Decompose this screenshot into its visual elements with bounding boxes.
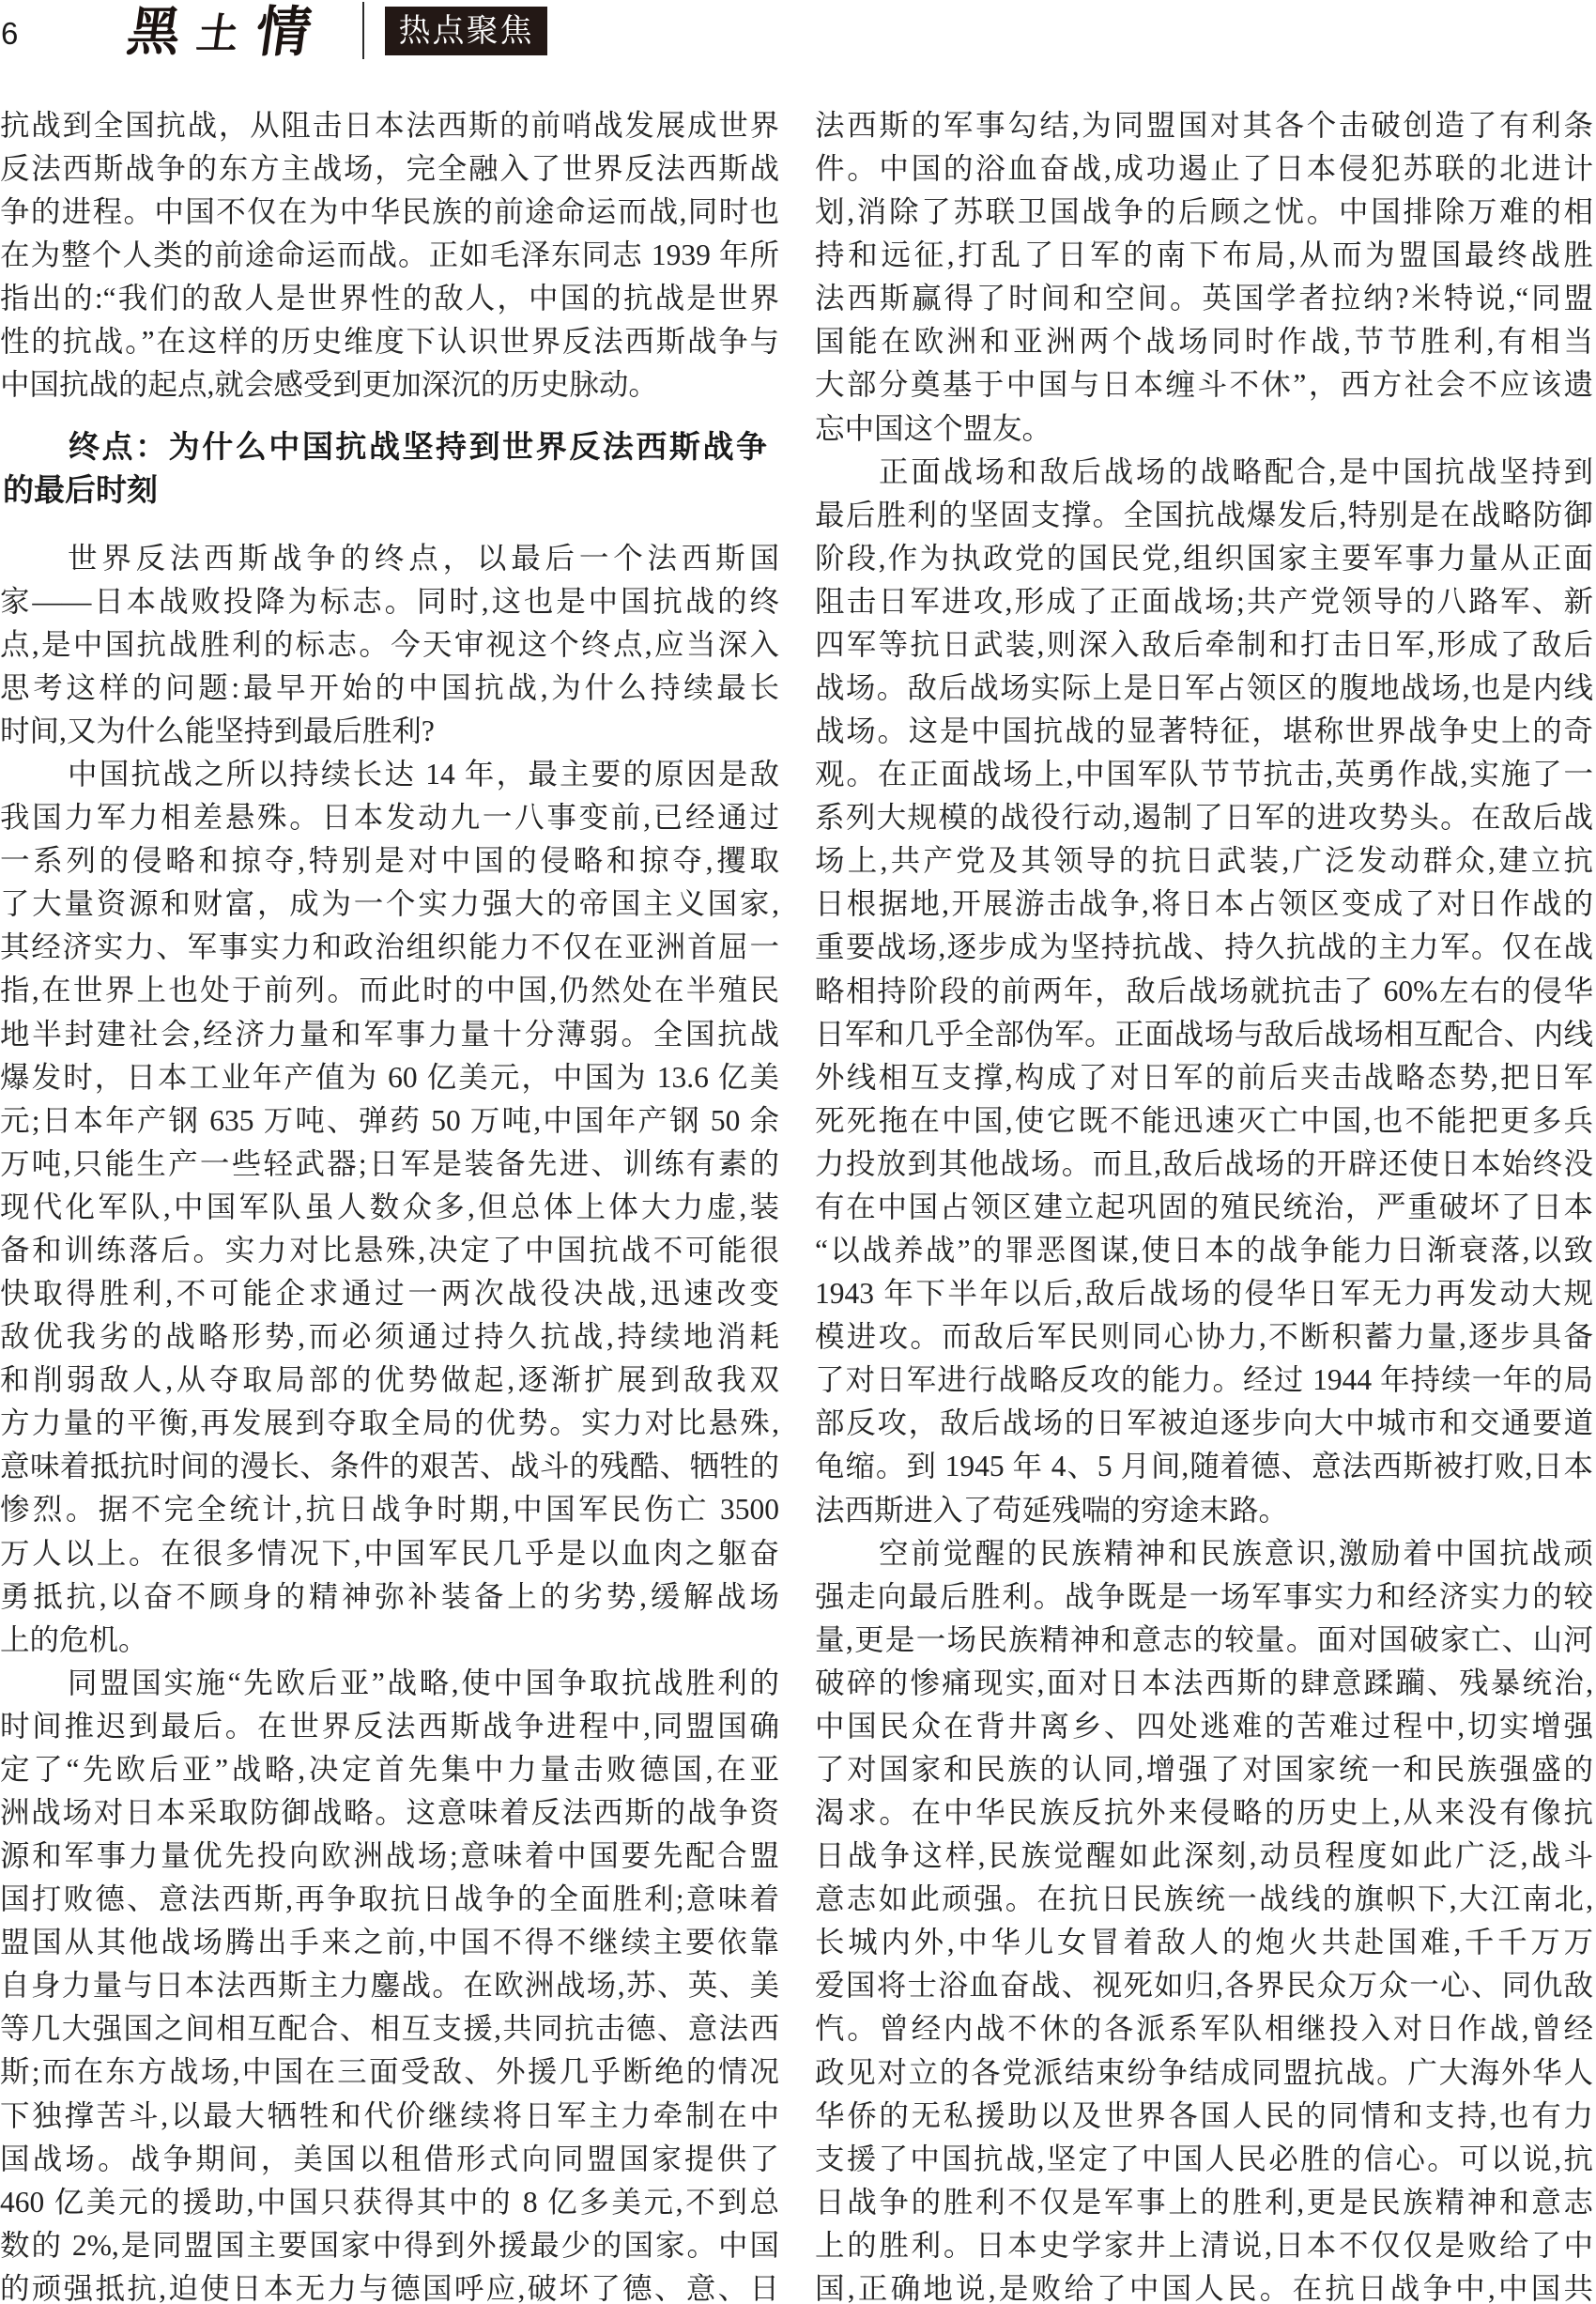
text-line: 数的 2%,是同盟国主要国家中得到外援最少的国家。中国 xyxy=(0,2224,779,2267)
text-line: 了对日军进行战略反攻的能力。经过 1944 年持续一年的局 xyxy=(815,1359,1593,1402)
text-line: 备和训练落后。实力对比悬殊,决定了中国抗战不可能很 xyxy=(0,1229,779,1272)
text-line: 场上,共产党及其领导的抗日武装,广泛发动群众,建立抗 xyxy=(815,839,1593,883)
text-line: 意志如此顽强。在抗日民族统一战线的旗帜下,大江南北, xyxy=(815,1878,1593,1921)
text-line: 中国抗战的起点,就会感受到更加深沉的历史脉动。 xyxy=(0,363,779,407)
text-line: 忘中国这个盟友。 xyxy=(815,407,1593,451)
text-line: 反法西斯战争的东方主战场，完全融入了世界反法西斯战 xyxy=(0,147,779,191)
text-line: 等几大强国之间相互配合、相互支援,共同抗击德、意法西 xyxy=(0,2007,779,2051)
text-line: 件。中国的浴血奋战,成功遏止了日本侵犯苏联的北进计 xyxy=(815,147,1593,191)
heading-line: 的最后时刻 xyxy=(0,468,779,512)
text-line: 爱国将士浴血奋战、视死如归,各界民众万众一心、同仇敌 xyxy=(815,1964,1593,2007)
text-line: 万吨,只能生产一些轻武器;日军是装备先进、训练有素的 xyxy=(0,1143,779,1186)
text-line: 源和军事力量优先投向欧洲战场;意味着中国要先配合盟 xyxy=(0,1835,779,1878)
text-line: 下独撑苦斗,以最大牺牲和代价继续将日军主力牵制在中 xyxy=(0,2095,779,2138)
text-line: 系列大规模的战役行动,遏制了日军的进攻势头。在敌后战 xyxy=(815,796,1593,839)
text-line: 龟缩。到 1945 年 4、5 月间,随着德、意法西斯被打败,日本 xyxy=(815,1445,1593,1488)
text-line: 观。在正面战场上,中国军队节节抗击,英勇作战,实施了一 xyxy=(815,753,1593,796)
logo-char: 土 xyxy=(185,13,251,56)
text-line: 其经济实力、军事实力和政治组织能力不仅在亚洲首屈一 xyxy=(0,926,779,969)
text-line: 万人以上。在很多情况下,中国军民几乎是以血肉之躯奋 xyxy=(0,1532,779,1575)
text-line: 惨烈。据不完全统计,抗日战争时期,中国军民伤亡 3500 xyxy=(0,1488,779,1531)
text-line: 在为整个人类的前途命运而战。正如毛泽东同志 1939 年所 xyxy=(0,234,779,277)
paragraph: 世界反法西斯战争的终点，以最后一个法西斯国 家——日本战败投降为标志。同时,这也… xyxy=(0,537,779,753)
text-line: 点,是中国抗战胜利的标志。今天审视这个终点,应当深入 xyxy=(0,623,779,667)
paragraph: 中国抗战之所以持续长达 14 年，最主要的原因是敌 我国力军力相差悬殊。日本发动… xyxy=(0,753,779,1662)
text-line: 同盟国实施“先欧后亚”战略,使中国争取抗战胜利的 xyxy=(0,1662,779,1705)
text-line: 现代化军队,中国军队虽人数众多,但总体上体大力虚,装 xyxy=(0,1186,779,1229)
text-line: 战场。这是中国抗战的显著特征，堪称世界战争史上的奇 xyxy=(815,710,1593,753)
text-line: 长城内外,中华儿女冒着敌人的炮火共赴国难,千千万万 xyxy=(815,1921,1593,1964)
text-line: 划,消除了苏联卫国战争的后顾之忧。中国排除万难的相 xyxy=(815,191,1593,234)
text-line: 战场。敌后战场实际上是日军占领区的腹地战场,也是内线 xyxy=(815,667,1593,710)
text-line: 勇抵抗,以奋不顾身的精神弥补装备上的劣势,缓解战场 xyxy=(0,1575,779,1619)
text-line: 有在中国占领区建立起巩固的殖民统治，严重破坏了日本 xyxy=(815,1186,1593,1229)
text-line: 外线相互支撑,构成了对日军的前后夹击战略态势,把日军 xyxy=(815,1056,1593,1099)
text-line: “以战养战”的罪恶图谋,使日本的战争能力日渐衰落,以致 xyxy=(815,1229,1593,1272)
header-divider xyxy=(362,2,364,59)
text-line: 快取得胜利,不可能企求通过一两次战役决战,迅速改变 xyxy=(0,1272,779,1315)
text-line: 持和远征,打乱了日军的南下布局,从而为盟国最终战胜 xyxy=(815,234,1593,277)
text-line: 一系列的侵略和掠夺,特别是对中国的侵略和掠夺,攫取 xyxy=(0,839,779,883)
text-line: 了对国家和民族的认同,增强了对国家统一和民族强盛的 xyxy=(815,1748,1593,1791)
section-heading: 终点：为什么中国抗战坚持到世界反法西斯战争 的最后时刻 xyxy=(0,425,779,512)
text-line: 自身力量与日本法西斯主力鏖战。在欧洲战场,苏、英、美 xyxy=(0,1964,779,2007)
text-line: 时间推迟到最后。在世界反法西斯战争进程中,同盟国确 xyxy=(0,1705,779,1748)
heading-line: 终点：为什么中国抗战坚持到世界反法西斯战争 xyxy=(0,425,779,468)
text-line: 日根据地,开展游击战争,将日本占领区变成了对日作战的 xyxy=(815,883,1593,926)
text-line: 略相持阶段的前两年，敌后战场就抗击了 60%左右的侵华 xyxy=(815,970,1593,1013)
text-line: 死死拖在中国,使它既不能迅速灭亡中国,也不能把更多兵 xyxy=(815,1099,1593,1143)
text-line: 定了“先欧后亚”战略,决定首先集中力量击败德国,在亚 xyxy=(0,1748,779,1791)
text-line: 法西斯的军事勾结,为同盟国对其各个击破创造了有利条 xyxy=(815,104,1593,147)
text-line: 政见对立的各党派结束纷争结成同盟抗战。广大海外华人 xyxy=(815,2051,1593,2095)
text-line: 了大量资源和财富，成为一个实力强大的帝国主义国家, xyxy=(0,883,779,926)
text-line: 华侨的无私援助以及世界各国人民的同情和支持,也有力 xyxy=(815,2095,1593,2138)
text-line: 力投放到其他战场。而且,敌后战场的开辟还使日本始终没 xyxy=(815,1143,1593,1186)
text-line: 渴求。在中华民族反抗外来侵略的历史上,从来没有像抗 xyxy=(815,1791,1593,1835)
text-line: 国能在欧洲和亚洲两个战场同时作战,节节胜利,有相当 xyxy=(815,320,1593,363)
text-line: 世界反法西斯战争的终点，以最后一个法西斯国 xyxy=(0,537,779,580)
text-line: 日战争这样,民族觉醒如此深刻,动员程度如此广泛,战斗 xyxy=(815,1835,1593,1878)
paragraph: 抗战到全国抗战，从阻击日本法西斯的前哨战发展成世界 反法西斯战争的东方主战场，完… xyxy=(0,104,779,407)
text-line: 意味着抵抗时间的漫长、条件的艰苦、战斗的残酷、牺牲的 xyxy=(0,1445,779,1488)
text-line: 思考这样的问题:最早开始的中国抗战,为什么持续最长 xyxy=(0,667,779,710)
text-line: 阶段,作为执政党的国民党,组织国家主要军事力量从正面 xyxy=(815,537,1593,580)
text-line: 破碎的惨痛现实,面对日本法西斯的肆意蹂躏、残暴统治, xyxy=(815,1662,1593,1705)
text-line: 量,更是一场民族精神和意志的较量。面对国破家亡、山河 xyxy=(815,1619,1593,1662)
text-line: 忾。曾经内战不休的各派系军队相继投入对日作战,曾经 xyxy=(815,2007,1593,2051)
text-line: 的顽强抵抗,迫使日本无力与德国呼应,破坏了德、意、日 xyxy=(0,2267,779,2304)
text-line: 国打败德、意法西斯,再争取抗日战争的全面胜利;意味着 xyxy=(0,1878,779,1921)
text-line: 指出的:“我们的敌人是世界性的敌人，中国的抗战是世界 xyxy=(0,277,779,320)
text-line: 法西斯进入了苟延残喘的穷途末路。 xyxy=(815,1489,1593,1532)
article-column-left: 抗战到全国抗战，从阻击日本法西斯的前哨战发展成世界 反法西斯战争的东方主战场，完… xyxy=(0,104,779,2304)
text-line: 上的胜利。日本史学家井上清说,日本不仅仅是败给了中 xyxy=(815,2224,1593,2267)
text-line: 最后胜利的坚固支撑。全国抗战爆发后,特别是在战略防御 xyxy=(815,494,1593,537)
text-line: 大部分奠基于中国与日本缠斗不休”，西方社会不应该遗 xyxy=(815,363,1593,407)
logo-char: 黑 xyxy=(120,4,188,60)
text-line: 盟国从其他战场腾出手来之前,中国不得不继续主要依靠 xyxy=(0,1921,779,1964)
magazine-logo: 黑 土 情 xyxy=(0,0,338,66)
text-line: 元;日本年产钢 635 万吨、弹药 50 万吨,中国年产钢 50 余 xyxy=(0,1099,779,1143)
text-line: 斯;而在东方战场,中国在三面受敌、外援几乎断绝的情况 xyxy=(0,2051,779,2094)
paragraph: 正面战场和敌后战场的战略配合,是中国抗战坚持到 最后胜利的坚固支撑。全国抗战爆发… xyxy=(815,451,1593,1532)
text-line: 法西斯赢得了时间和空间。英国学者拉纳?米特说,“同盟 xyxy=(815,277,1593,320)
text-line: 性的抗战。”在这样的历史维度下认识世界反法西斯战争与 xyxy=(0,320,779,363)
text-line: 争的进程。中国不仅在为中华民族的前途命运而战,同时也 xyxy=(0,191,779,234)
text-line: 敌优我劣的战略形势,而必须通过持久抗战,持续地消耗 xyxy=(0,1315,779,1359)
text-line: 方力量的平衡,再发展到夺取全局的优势。实力对比悬殊, xyxy=(0,1402,779,1445)
text-line: 1943 年下半年以后,敌后战场的侵华日军无力再发动大规 xyxy=(815,1272,1593,1315)
text-line: 空前觉醒的民族精神和民族意识,激励着中国抗战顽 xyxy=(815,1532,1593,1575)
text-line: 抗战到全国抗战，从阻击日本法西斯的前哨战发展成世界 xyxy=(0,104,779,147)
text-line: 部反攻，敌后战场的日军被迫逐步向大中城市和交通要道 xyxy=(815,1402,1593,1445)
section-label: 热点聚焦 xyxy=(385,7,547,55)
text-line: 日军和几乎全部伪军。正面战场与敌后战场相互配合、内线 xyxy=(815,1013,1593,1056)
paragraph: 空前觉醒的民族精神和民族意识,激励着中国抗战顽 强走向最后胜利。战争既是一场军事… xyxy=(815,1532,1593,2304)
text-line: 和削弱敌人,从夺取局部的优势做起,逐渐扩展到敌我双 xyxy=(0,1359,779,1402)
text-line: 洲战场对日本采取防御战略。这意味着反法西斯的战争资 xyxy=(0,1791,779,1835)
paragraph: 法西斯的军事勾结,为同盟国对其各个击破创造了有利条 件。中国的浴血奋战,成功遏止… xyxy=(815,104,1593,451)
text-line: 我国力军力相差悬殊。日本发动九一八事变前,已经通过 xyxy=(0,796,779,839)
text-line: 地半封建社会,经济力量和军事力量十分薄弱。全国抗战 xyxy=(0,1013,779,1056)
magazine-page: 6 黑 土 情 热点聚焦 抗战到全国抗战，从阻击日本法西斯的前哨战发展成世界 反… xyxy=(0,0,1596,2304)
logo-char: 情 xyxy=(250,3,318,61)
text-line: 中国民众在背井离乡、四处逃难的苦难过程中,切实增强 xyxy=(815,1705,1593,1748)
text-line: 家——日本战败投降为标志。同时,这也是中国抗战的终 xyxy=(0,580,779,623)
text-line: 中国抗战之所以持续长达 14 年，最主要的原因是敌 xyxy=(0,753,779,796)
text-line: 上的危机。 xyxy=(0,1619,779,1662)
text-line: 模进攻。而敌后军民则同心协力,不断积蓄力量,逐步具备 xyxy=(815,1315,1593,1359)
text-line: 日战争的胜利不仅是军事上的胜利,更是民族精神和意志 xyxy=(815,2181,1593,2224)
article-column-right: 法西斯的军事勾结,为同盟国对其各个击破创造了有利条 件。中国的浴血奋战,成功遏止… xyxy=(815,104,1593,2304)
text-line: 时间,又为什么能坚持到最后胜利? xyxy=(0,710,779,753)
text-line: 指,在世界上也处于前列。而此时的中国,仍然处在半殖民 xyxy=(0,969,779,1012)
text-line: 国,正确地说,是败给了中国人民。在抗日战争中,中国共 xyxy=(815,2267,1593,2304)
text-line: 支援了中国抗战,坚定了中国人民必胜的信心。可以说,抗 xyxy=(815,2138,1593,2181)
text-line: 正面战场和敌后战场的战略配合,是中国抗战坚持到 xyxy=(815,451,1593,494)
text-line: 460 亿美元的援助,中国只获得其中的 8 亿多美元,不到总 xyxy=(0,2181,779,2224)
text-line: 四军等抗日武装,则深入敌后牵制和打击日军,形成了敌后 xyxy=(815,623,1593,667)
paragraph: 同盟国实施“先欧后亚”战略,使中国争取抗战胜利的 时间推迟到最后。在世界反法西斯… xyxy=(0,1662,779,2304)
text-line: 重要战场,逐步成为坚持抗战、持久抗战的主力军。仅在战 xyxy=(815,926,1593,969)
text-line: 强走向最后胜利。战争既是一场军事实力和经济实力的较 xyxy=(815,1575,1593,1619)
text-line: 国战场。战争期间，美国以租借形式向同盟国家提供了 xyxy=(0,2138,779,2181)
text-line: 爆发时，日本工业年产值为 60 亿美元，中国为 13.6 亿美 xyxy=(0,1056,779,1099)
text-line: 阻击日军进攻,形成了正面战场;共产党领导的八路军、新 xyxy=(815,580,1593,623)
